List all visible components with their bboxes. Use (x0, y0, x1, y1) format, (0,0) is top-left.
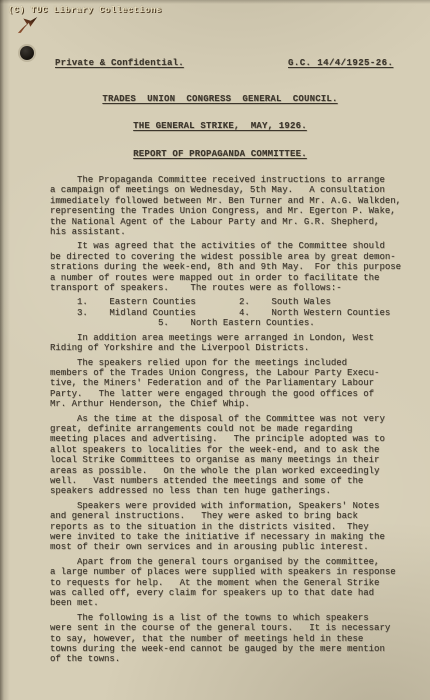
paragraph-speakers: The speakers relied upon for the meeting… (50, 358, 412, 410)
paragraph-agreement: It was agreed that the activities of the… (50, 241, 412, 293)
paragraph-towns-list-intro: The following is a list of the towns to … (50, 613, 412, 665)
routes-list: 1. Eastern Counties 2. South Wales 3. Mi… (50, 297, 412, 328)
reference-number: G.C. 14/4/1925-26. (288, 58, 393, 68)
report-subtitle: REPORT OF PROPAGANDA COMMITTEE. (0, 149, 430, 159)
paragraph-area-meetings: In addition area meetings were arranged … (50, 333, 412, 354)
scanned-document-page: (C) TUC Library Collections Private & Co… (0, 0, 430, 700)
paragraph-introduction: The Propaganda Committee received instru… (50, 175, 412, 237)
arrow-mark-icon (15, 13, 41, 36)
classification-label: Private & Confidential. (55, 58, 184, 68)
paragraph-arrangements: As the time at the disposal of the Commi… (50, 414, 412, 497)
report-body: The Propaganda Committee received instru… (50, 175, 412, 669)
document-title: THE GENERAL STRIKE, MAY, 1926. (0, 121, 430, 131)
paragraph-speaker-notes: Speakers were provided with information,… (50, 501, 412, 553)
hole-punch (20, 46, 34, 60)
organisation-heading: TRADES UNION CONGRESS GENERAL COUNCIL. (0, 94, 430, 104)
paragraph-requests: Apart from the general tours organised b… (50, 557, 412, 609)
